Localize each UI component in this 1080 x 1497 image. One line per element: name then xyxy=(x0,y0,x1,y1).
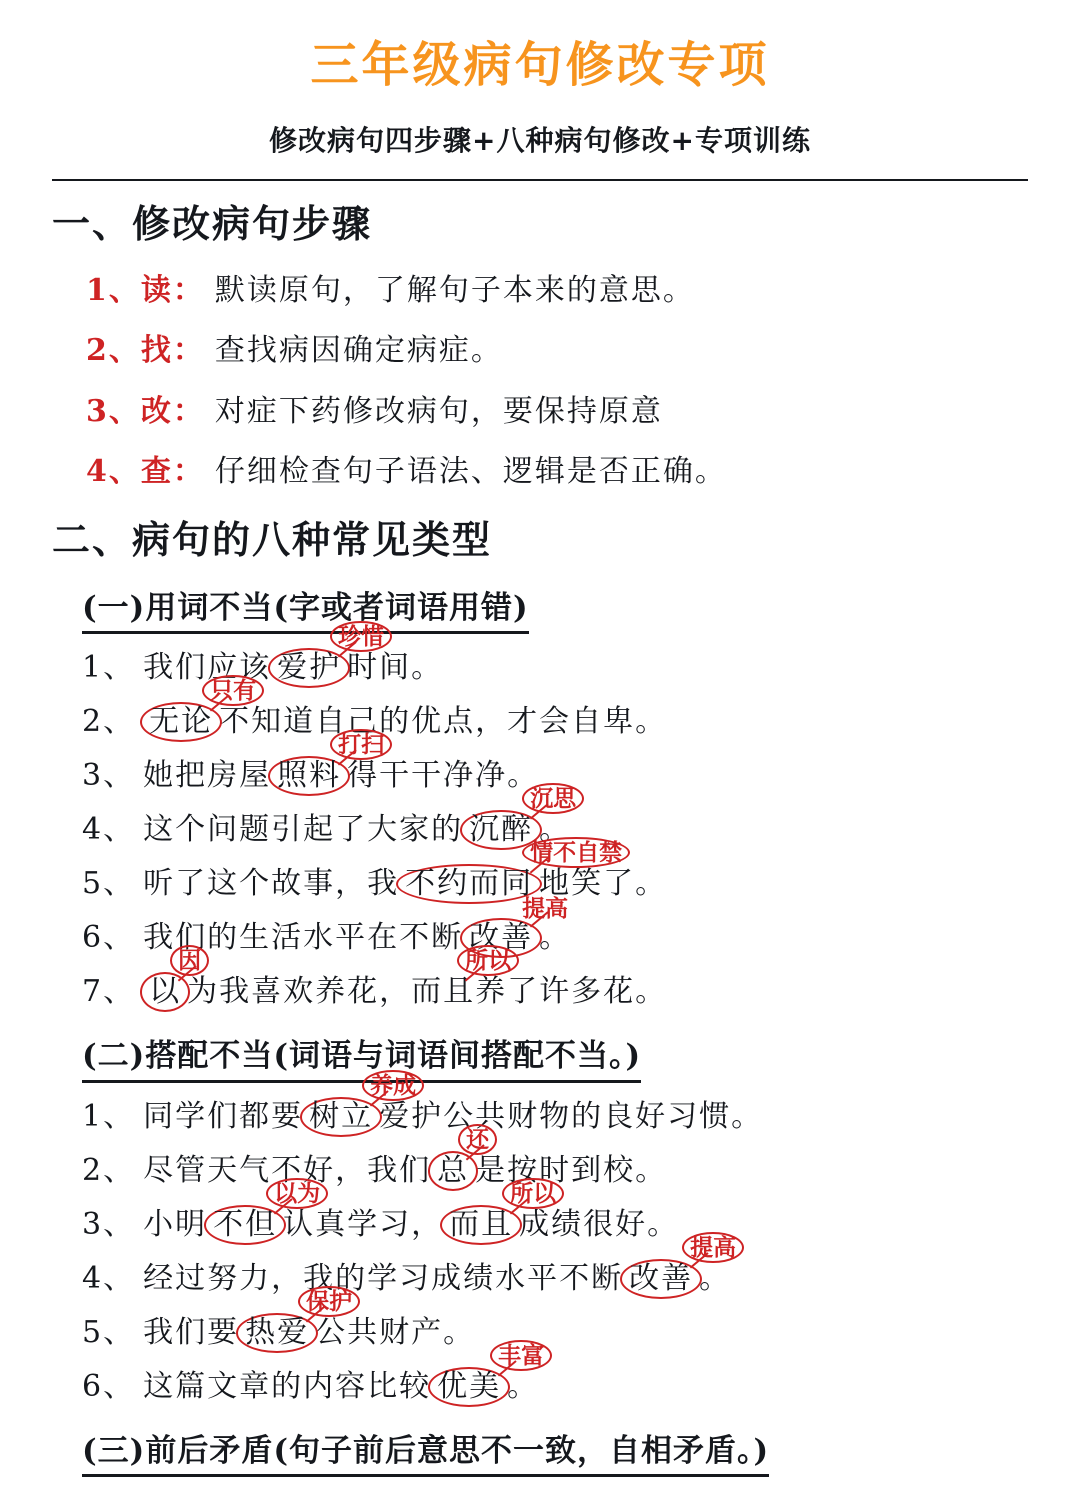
subsections: (一)用词不当(字或者词语用错)1、我们应该爱护珍惜时间。2、无论只有不知道自己… xyxy=(52,590,1028,1477)
sentence-number: 7、 xyxy=(82,974,135,1009)
subsection: (三)前后矛盾(句子前后意思不一致，自相矛盾。) xyxy=(52,1433,1028,1477)
sentence-text: 爱护公共财物的良好习惯。 xyxy=(379,1099,763,1134)
sentence-number: 1、 xyxy=(82,1099,135,1134)
subsection-heading-row: (二)搭配不当(词语与词语间搭配不当。) xyxy=(82,1038,1028,1082)
step-keyword: 改： xyxy=(141,394,205,429)
sentence-text: 。 xyxy=(539,920,571,955)
error-word-circled: 以因 xyxy=(140,972,190,1012)
sentence-row: 1、同学们都要树立养成爱护公共财物的良好习惯。 xyxy=(82,1097,1028,1137)
subsection-heading: (一)用词不当(字或者词语用错) xyxy=(82,590,529,634)
correction-label: 只有 xyxy=(202,675,264,706)
step-row: 4、查：仔细检查句子语法、逻辑是否正确。 xyxy=(86,453,1028,491)
page-subtitle: 修改病句四步骤+八种病句修改+专项训练 xyxy=(52,119,1028,159)
sentence-text: 经过努力，我的学习成绩水平不断 xyxy=(143,1261,623,1296)
sentence-text: 时间。 xyxy=(347,650,443,685)
sentence-number: 6、 xyxy=(82,1369,135,1404)
sentence-number: 3、 xyxy=(82,758,135,793)
sentence-text: 同学们都要 xyxy=(143,1099,303,1134)
error-word-circled: 优美丰富 xyxy=(428,1367,510,1407)
divider-line xyxy=(52,179,1028,181)
step-text: 对症下药修改病句，要保持原意 xyxy=(215,394,663,429)
sentence-text: 公共财产。 xyxy=(315,1315,475,1350)
error-word-circled: 总还 xyxy=(428,1151,478,1191)
error-word-circled: 树立养成 xyxy=(300,1097,382,1137)
step-row: 1、读：默读原句，了解句子本来的意思。 xyxy=(86,272,1028,310)
steps-list: 1、读：默读原句，了解句子本来的意思。2、找：查找病因确定病症。3、改：对症下药… xyxy=(86,272,1028,491)
sentence-number: 4、 xyxy=(82,812,135,847)
correction-label: 养成 xyxy=(362,1070,424,1101)
sentence-number: 5、 xyxy=(82,1315,135,1350)
error-word-circled: 不但以为 xyxy=(204,1205,286,1245)
step-text: 仔细检查句子语法、逻辑是否正确。 xyxy=(215,454,727,489)
correction-label: 所以 xyxy=(502,1178,564,1209)
step-number: 4、 xyxy=(86,454,141,489)
sentence-text: 小明 xyxy=(143,1207,207,1242)
subsection: (二)搭配不当(词语与词语间搭配不当。)1、同学们都要树立养成爱护公共财物的良好… xyxy=(52,1038,1028,1406)
sentence-text: 我们要 xyxy=(143,1315,239,1350)
sentence-text: 不知道自己的优点，才会自卑。 xyxy=(219,704,667,739)
correction-label: 所以 xyxy=(457,945,519,976)
error-word-circled: 无论只有 xyxy=(140,702,222,742)
sentence-number: 4、 xyxy=(82,1261,135,1296)
sentence-text: 。 xyxy=(699,1261,731,1296)
correction-label: 情不自禁 xyxy=(522,837,630,868)
step-text: 查找病因确定病症。 xyxy=(215,333,503,368)
step-keyword: 找： xyxy=(141,333,205,368)
step-row: 2、找：查找病因确定病症。 xyxy=(86,332,1028,370)
error-word-circled: 不约而同情不自禁 xyxy=(396,864,542,904)
error-word-circled: 改善提高 xyxy=(620,1259,702,1299)
sentence-text: 养了许多花。 xyxy=(475,974,667,1009)
sentence-number: 1、 xyxy=(82,650,135,685)
worksheet-page: 三年级病句修改专项 修改病句四步骤+八种病句修改+专项训练 一、修改病句步骤 1… xyxy=(0,0,1080,1497)
sentence-number: 3、 xyxy=(82,1207,135,1242)
sentence-text: 听了这个故事，我 xyxy=(143,866,399,901)
page-title: 三年级病句修改专项 xyxy=(52,38,1028,93)
step-number: 3、 xyxy=(86,394,141,429)
sentence-number: 2、 xyxy=(82,704,135,739)
sentence-text: 认真学习， xyxy=(283,1207,443,1242)
sentence-number: 5、 xyxy=(82,866,135,901)
subsection-heading: (三)前后矛盾(句子前后意思不一致，自相矛盾。) xyxy=(82,1433,769,1477)
correction-label: 提高 xyxy=(522,895,568,922)
correction-label: 珍惜 xyxy=(330,621,392,652)
correction-label: 保护 xyxy=(298,1286,360,1317)
error-word-circled: 照料打扫 xyxy=(268,756,350,796)
sentence-number: 6、 xyxy=(82,920,135,955)
error-word-circled: 而且所以 xyxy=(440,1205,522,1245)
sentence-text: 她把房屋 xyxy=(143,758,271,793)
step-keyword: 查： xyxy=(141,454,205,489)
step-number: 2、 xyxy=(86,333,141,368)
sentence-row: 6、我们的生活水平在不断改善提高。 xyxy=(82,918,1028,958)
sentence-row: 3、小明不但以为认真学习，而且所以成绩很好。 xyxy=(82,1205,1028,1245)
sentence-number: 2、 xyxy=(82,1153,135,1188)
correction-label: 打扫 xyxy=(330,729,392,760)
correction-label: 丰富 xyxy=(490,1340,552,1371)
section-types-heading: 二、病句的八种常见类型 xyxy=(52,517,1028,565)
step-text: 默读原句，了解句子本来的意思。 xyxy=(215,273,695,308)
subsection-heading-row: (一)用词不当(字或者词语用错) xyxy=(82,590,1028,634)
sentence-text: 。 xyxy=(507,1369,539,1404)
sentence-row: 6、这篇文章的内容比较优美丰富。 xyxy=(82,1367,1028,1407)
sentence-text: 这个问题引起了大家的 xyxy=(143,812,463,847)
step-row: 3、改：对症下药修改病句，要保持原意 xyxy=(86,393,1028,431)
subsection-heading-row: (三)前后矛盾(句子前后意思不一致，自相矛盾。) xyxy=(82,1433,1028,1477)
section-types: 二、病句的八种常见类型 (一)用词不当(字或者词语用错)1、我们应该爱护珍惜时间… xyxy=(52,517,1028,1477)
error-word: 而且所以 xyxy=(411,974,475,1010)
subsection: (一)用词不当(字或者词语用错)1、我们应该爱护珍惜时间。2、无论只有不知道自己… xyxy=(52,590,1028,1012)
sentence-text: 为我喜欢养花， xyxy=(187,974,411,1009)
sentence-text: 是按时到校。 xyxy=(475,1153,667,1188)
sentence-row: 2、无论只有不知道自己的优点，才会自卑。 xyxy=(82,702,1028,742)
error-word-circled: 爱护珍惜 xyxy=(268,648,350,688)
error-word-circled: 热爱保护 xyxy=(236,1313,318,1353)
correction-label: 提高 xyxy=(682,1232,744,1263)
correction-label: 还 xyxy=(458,1124,497,1155)
subsection-heading: (二)搭配不当(词语与词语间搭配不当。) xyxy=(82,1038,641,1082)
sentence-row: 4、经过努力，我的学习成绩水平不断改善提高。 xyxy=(82,1259,1028,1299)
step-keyword: 读： xyxy=(141,273,205,308)
correction-label: 沉思 xyxy=(522,783,584,814)
section-steps: 一、修改病句步骤 1、读：默读原句，了解句子本来的意思。2、找：查找病因确定病症… xyxy=(52,201,1028,491)
sentence-row: 7、以因为我喜欢养花，而且所以养了许多花。 xyxy=(82,972,1028,1012)
sentence-text: 得干干净净。 xyxy=(347,758,539,793)
section-steps-heading: 一、修改病句步骤 xyxy=(52,201,1028,249)
sentence-row: 5、我们要热爱保护公共财产。 xyxy=(82,1313,1028,1353)
sentence-text: 成绩很好。 xyxy=(519,1207,679,1242)
sentence-text: 这篇文章的内容比较 xyxy=(143,1369,431,1404)
step-number: 1、 xyxy=(86,273,141,308)
correction-label: 以为 xyxy=(266,1178,328,1209)
correction-label: 因 xyxy=(170,945,209,976)
